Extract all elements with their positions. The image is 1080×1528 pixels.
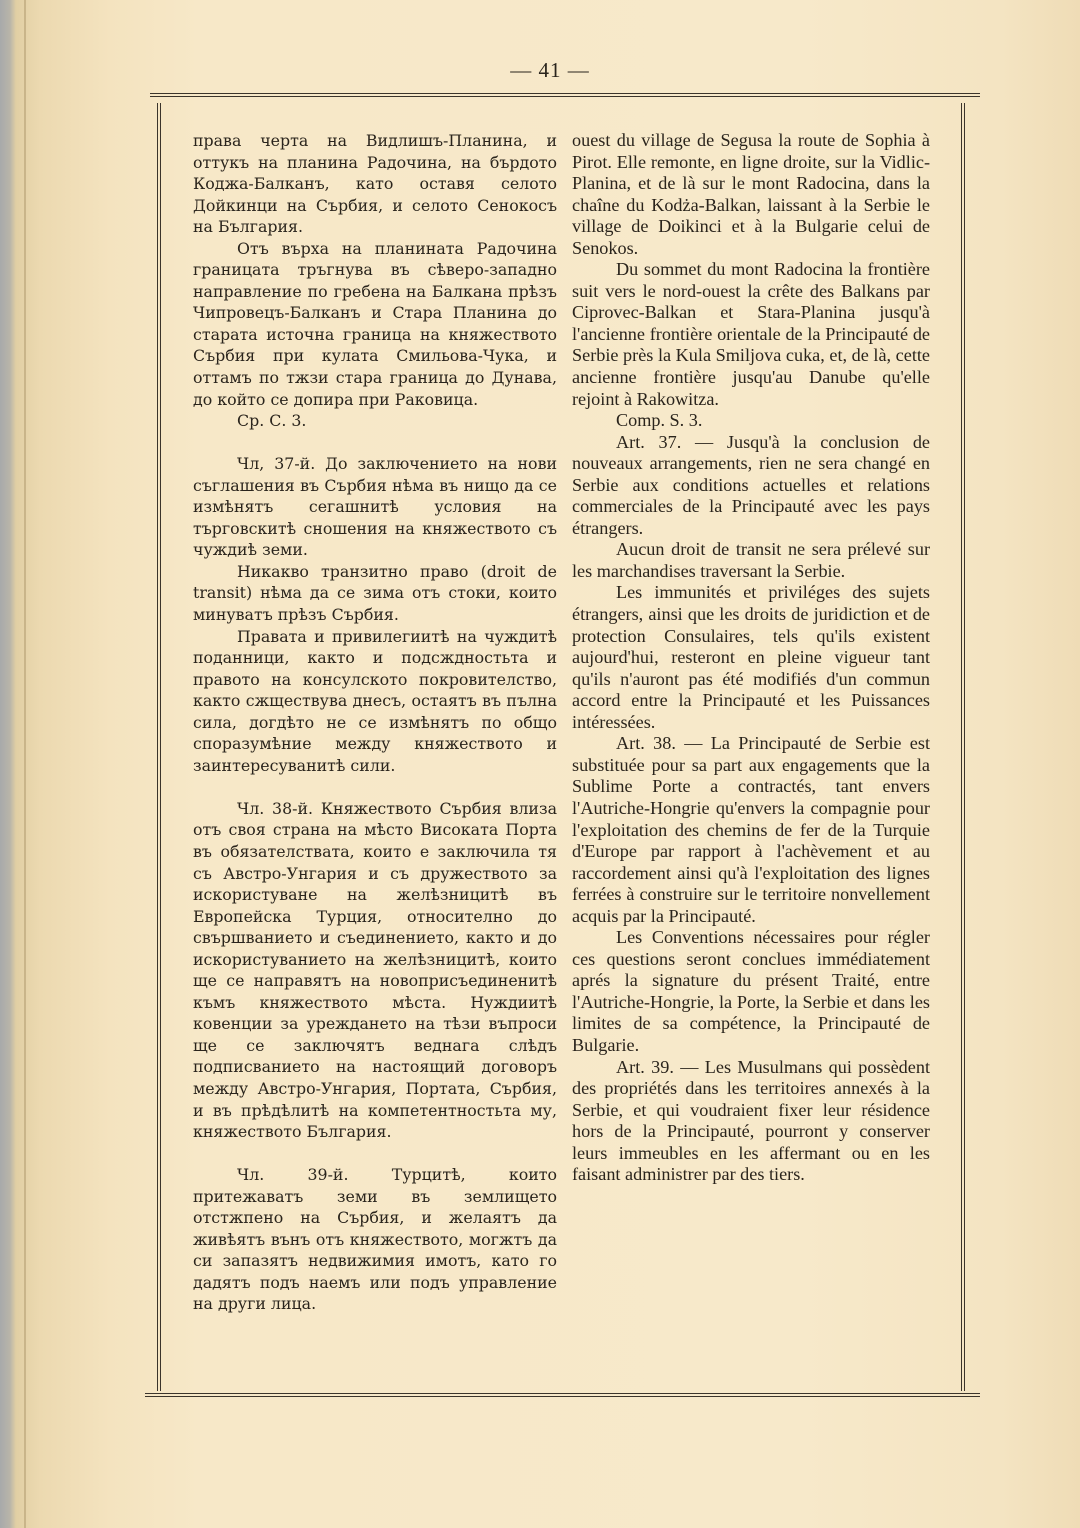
article-37-transit-fr: Aucun droit de transit ne sera prélevé s…	[572, 539, 930, 582]
french-column: ouest du village de Segusa la route de S…	[572, 130, 930, 1186]
article-37-immunities-fr: Les immunités et priviléges des sujets é…	[572, 582, 930, 733]
frame-bottom-rule	[145, 1393, 980, 1397]
frame-right-rule	[961, 103, 965, 1391]
reference-fr: Comp. S. 3.	[572, 410, 930, 432]
binding-shadow	[24, 0, 26, 1528]
paragraph-border-radocina-fr: Du sommet du mont Radocina la frontière …	[572, 259, 930, 410]
reference-bg: Ср. С. 3.	[193, 410, 557, 432]
page-number: — 41 —	[0, 58, 1080, 83]
frame-left-rule	[157, 103, 161, 1391]
bulgarian-column: права черта на Видлишъ-Планина, и оттукъ…	[193, 130, 557, 1315]
article-38-bg: Чл. 38-й. Княжеството Сърбия влиза отъ с…	[193, 798, 557, 1143]
article-39-fr: Art. 39. — Les Musulmans qui possèdent d…	[572, 1057, 930, 1186]
article-39-bg: Чл. 39-й. Турцитѣ, които притежаватъ зем…	[193, 1164, 557, 1315]
frame-top-rule	[150, 93, 980, 97]
article-37-transit-bg: Никакво транзитно право (droit de transi…	[193, 561, 557, 626]
paragraph-border-continuation-bg: права черта на Видлишъ-Планина, и оттукъ…	[193, 130, 557, 238]
article-38-conventions-fr: Les Conventions nécessaires pour régler …	[572, 927, 930, 1056]
article-38-fr: Art. 38. — La Principauté de Serbie est …	[572, 733, 930, 927]
paragraph-border-continuation-fr: ouest du village de Segusa la route de S…	[572, 130, 930, 259]
article-37-bg: Чл, 37-й. До заключението на нови съглаш…	[193, 453, 557, 561]
article-37-fr: Art. 37. — Jusqu'à la conclusion de nouv…	[572, 432, 930, 540]
article-37-immunities-bg: Правата и привилегиитѣ на чуждитѣ поданн…	[193, 626, 557, 777]
paragraph-border-radocina-bg: Отъ върха на планината Радочина границат…	[193, 238, 557, 410]
